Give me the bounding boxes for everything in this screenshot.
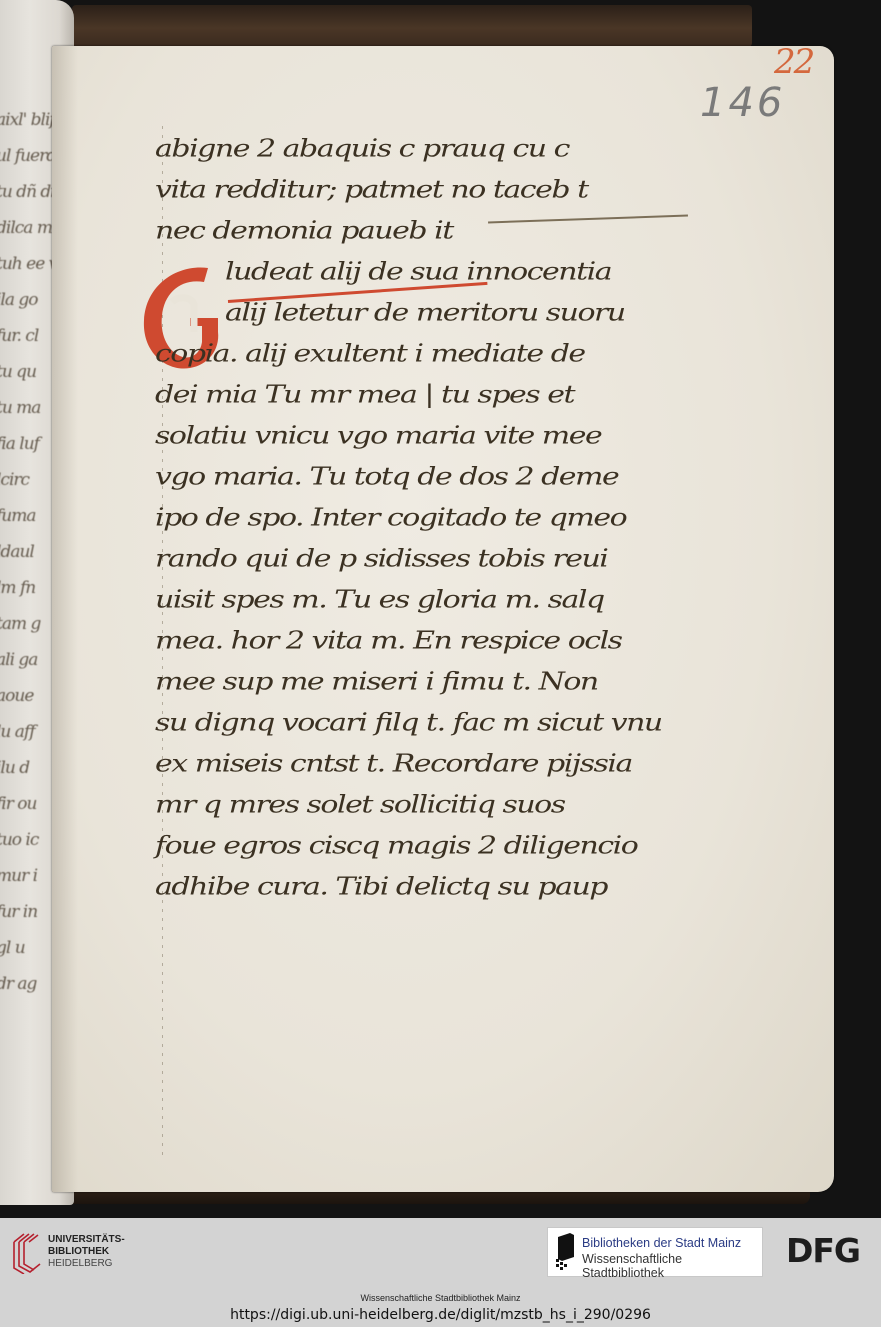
facing-page-line: dr ag xyxy=(0,974,36,990)
ub-heidelberg-text: UNIVERSITÄTS- BIBLIOTHEK HEIDELBERG xyxy=(48,1234,125,1270)
manuscript-line: ipo de spo. Inter cogitado te qmeo xyxy=(155,501,735,535)
manuscript-line: dei mia Tu mr mea | tu spes et xyxy=(155,378,735,412)
facing-page-line: fur. cl xyxy=(0,326,38,342)
ub-logo-line2: BIBLIOTHEK xyxy=(48,1246,125,1258)
page-gutter-shadow xyxy=(52,46,78,1192)
manuscript-line: mee sup me miseri i fimu t. Non xyxy=(155,665,735,699)
manuscript-line: rando qui de p sidisses tobis reui xyxy=(155,542,735,576)
ub-heidelberg-mark-icon xyxy=(10,1228,44,1274)
facing-page-line: tuh ee v xyxy=(0,254,57,270)
facing-page-line: ilu d xyxy=(0,758,29,774)
facing-page-line: tu dñ di xyxy=(0,182,55,198)
manuscript-line: su dignq vocari filq t. fac m sicut vnu xyxy=(155,706,735,740)
facing-page-line: tam g xyxy=(0,614,40,630)
facing-page-line: mur i xyxy=(0,866,37,882)
facing-page-line: fir ou xyxy=(0,794,36,810)
mainz-logo-line2: Wissenschaftliche Stadtbibliothek xyxy=(582,1252,762,1280)
facing-page-line: ila go xyxy=(0,290,38,306)
ub-logo-line3: HEIDELBERG xyxy=(48,1258,125,1270)
facing-page-line: fur in xyxy=(0,902,37,918)
manuscript-line: ludeat alij de sua innocentia xyxy=(155,255,735,289)
manuscript-line: solatiu vnicu vgo maria vite mee xyxy=(155,419,735,453)
facing-page-line: lcirc xyxy=(0,470,29,486)
holding-library-credit: Wissenschaftliche Stadtbibliothek Mainz xyxy=(0,1293,881,1303)
folio-number-red: 22 xyxy=(774,42,813,82)
ub-logo-line1: UNIVERSITÄTS- xyxy=(48,1234,125,1246)
manuscript-line: alij letetur de meritoru suoru xyxy=(155,296,735,330)
facing-page-line: fia luf xyxy=(0,434,39,450)
stadtbibliothek-mainz-logo[interactable]: Bibliotheken der Stadt Mainz Wissenschaf… xyxy=(547,1227,763,1277)
book-pixel-icon xyxy=(554,1233,578,1271)
mainz-logo-line1: Bibliotheken der Stadt Mainz xyxy=(582,1236,741,1250)
folio-number-pencil: 146 xyxy=(700,80,785,126)
permalink-url[interactable]: https://digi.ub.uni-heidelberg.de/diglit… xyxy=(0,1307,881,1323)
manuscript-line: foue egros ciscq magis 2 diligencio xyxy=(155,829,735,863)
facing-page-line: ali ga xyxy=(0,650,37,666)
facing-page-line: gl u xyxy=(0,938,25,954)
manuscript-line: abigne 2 abaquis c prauq cu c xyxy=(155,132,735,166)
manuscript-line: mr q mres solet sollicitiq suos xyxy=(155,788,735,822)
facing-page-line: tu ma xyxy=(0,398,40,414)
footer: UNIVERSITÄTS- BIBLIOTHEK HEIDELBERG Bibl… xyxy=(0,1218,881,1327)
facing-page-line: fuma xyxy=(0,506,36,522)
facing-page-line: lu aff xyxy=(0,722,35,738)
manuscript-line: uisit spes m. Tu es gloria m. salq xyxy=(155,583,735,617)
manuscript-line: vita redditur; patmet no taceb t xyxy=(155,173,735,207)
facing-page-line: tu qu xyxy=(0,362,36,378)
facing-page-line: aoue xyxy=(0,686,33,702)
manuscript-line: ex miseis cntst t. Recordare pijssia xyxy=(155,747,735,781)
manuscript-line: vgo maria. Tu totq de dos 2 deme xyxy=(155,460,735,494)
manuscript-line: nec demonia paueb it xyxy=(155,214,735,248)
page-image-viewer: aixl' bliful fuerdatu dñ didilca matuh e… xyxy=(0,0,881,1218)
facing-page-line: ldaul xyxy=(0,542,34,558)
manuscript-line: mea. hor 2 vita m. En respice ocls xyxy=(155,624,735,658)
manuscript-text: abigne 2 abaquis c prauq cu cvita reddit… xyxy=(155,128,735,907)
manuscript-line: copia. alij exultent i mediate de xyxy=(155,337,735,371)
facing-page-line: aixl' blif xyxy=(0,110,55,126)
facing-page-line: lm fn xyxy=(0,578,35,594)
dfg-logo[interactable]: DFG xyxy=(786,1231,860,1270)
facing-page-line: tuo ic xyxy=(0,830,38,846)
manuscript-line: adhibe cura. Tibi delictq su paup xyxy=(155,870,735,904)
ub-heidelberg-logo[interactable]: UNIVERSITÄTS- BIBLIOTHEK HEIDELBERG xyxy=(10,1228,120,1278)
book-cover-top xyxy=(72,5,752,47)
